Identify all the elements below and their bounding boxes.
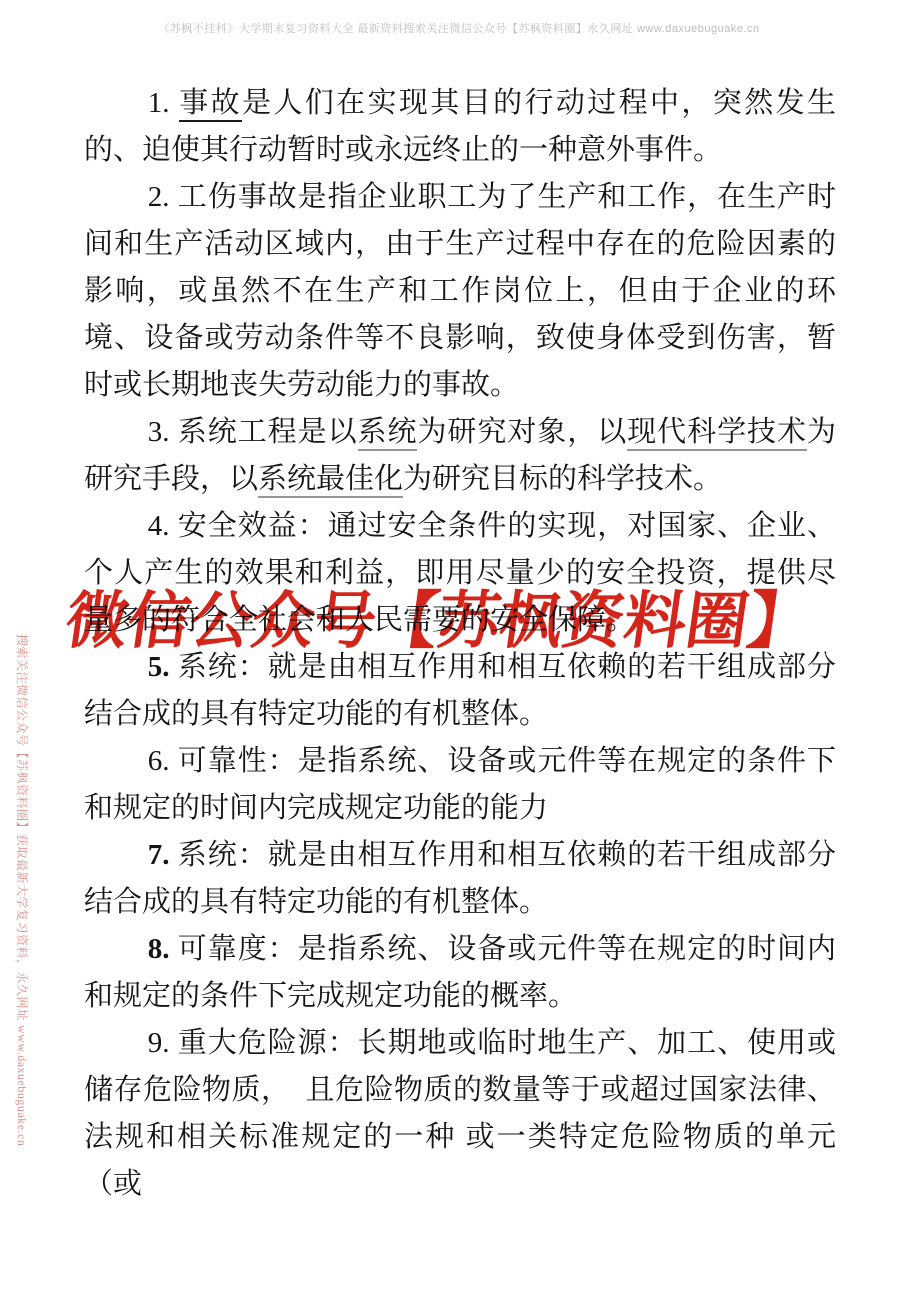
underlined-term: 现代科学技术 <box>627 416 807 451</box>
item-text: 系统工程是以 <box>178 416 358 448</box>
definition-item: 3. 系统工程是以系统为研究对象，以现代科学技术为研究手段，以系统最佳化为研究目… <box>84 409 836 503</box>
item-text: 系统：就是由相互作用和相互依赖的若干组成部分结合成的具有特定功能的有机整体。 <box>84 839 836 918</box>
definition-item: 5. 系统：就是由相互作用和相互依赖的若干组成部分结合成的具有特定功能的有机整体… <box>84 644 836 738</box>
item-text: 为研究对象，以 <box>417 416 627 448</box>
item-number: 8. <box>148 933 178 965</box>
item-number: 2. <box>148 181 178 213</box>
item-text: 工伤事故是指企业职工为了生产和工作，在生产时间和生产活动区域内，由于生产过程中存… <box>84 181 836 401</box>
definition-item: 7. 系统：就是由相互作用和相互依赖的若干组成部分结合成的具有特定功能的有机整体… <box>84 832 836 926</box>
item-number: 5. <box>148 651 178 683</box>
definition-item: 9. 重大危险源：长期地或临时地生产、加工、使用或储存危险物质， 且危险物质的数… <box>84 1020 836 1208</box>
item-text: 重大危险源：长期地或临时地生产、加工、使用或储存危险物质， 且危险物质的数量等于… <box>84 1027 836 1200</box>
underlined-term: 系统最佳化 <box>258 463 403 498</box>
item-text: 可靠性：是指系统、设备或元件等在规定的条件下和规定的时间内完成规定功能的能力 <box>84 745 836 824</box>
item-text: 安全效益：通过安全条件的实现，对国家、企业、个人产生的效果和利益，即用尽量少的安… <box>84 510 836 636</box>
item-number: 1. <box>148 87 179 119</box>
item-number: 3. <box>148 416 178 448</box>
definition-item: 4. 安全效益：通过安全条件的实现，对国家、企业、个人产生的效果和利益，即用尽量… <box>84 503 836 644</box>
item-text: 系统：就是由相互作用和相互依赖的若干组成部分结合成的具有特定功能的有机整体。 <box>84 651 836 730</box>
item-number: 6. <box>148 745 178 777</box>
underlined-term: 系统 <box>358 416 418 451</box>
item-number: 7. <box>148 839 178 871</box>
item-text: 可靠度：是指系统、设备或元件等在规定的时间内和规定的条件下完成规定功能的概率。 <box>84 933 836 1012</box>
item-text: 为研究目标的科学技术。 <box>403 463 722 495</box>
definition-item: 6. 可靠性：是指系统、设备或元件等在规定的条件下和规定的时间内完成规定功能的能… <box>84 738 836 832</box>
definition-item: 8. 可靠度：是指系统、设备或元件等在规定的时间内和规定的条件下完成规定功能的概… <box>84 926 836 1020</box>
document-body: 1. 事故是人们在实现其目的行动过程中，突然发生的、迫使其行动暂时或永远终止的一… <box>84 80 836 1208</box>
definition-item: 2. 工伤事故是指企业职工为了生产和工作，在生产时间和生产活动区域内，由于生产过… <box>84 174 836 409</box>
document-page: 《苏枫不挂科》大学期末复习资料大全 最新资料搜索关注微信公众号【苏枫资料圈】永久… <box>0 0 918 1298</box>
vertical-side-watermark: 搜索关注微信公众号【苏枫资料圈】获取最新大学复习资料，永久网址 www.daxu… <box>14 634 31 1146</box>
item-number: 9. <box>148 1027 178 1059</box>
underlined-term: 事故 <box>179 87 242 122</box>
item-number: 4. <box>148 510 178 542</box>
page-header-text: 《苏枫不挂科》大学期末复习资料大全 最新资料搜索关注微信公众号【苏枫资料圈】永久… <box>0 20 918 36</box>
definition-item: 1. 事故是人们在实现其目的行动过程中，突然发生的、迫使其行动暂时或永远终止的一… <box>84 80 836 174</box>
